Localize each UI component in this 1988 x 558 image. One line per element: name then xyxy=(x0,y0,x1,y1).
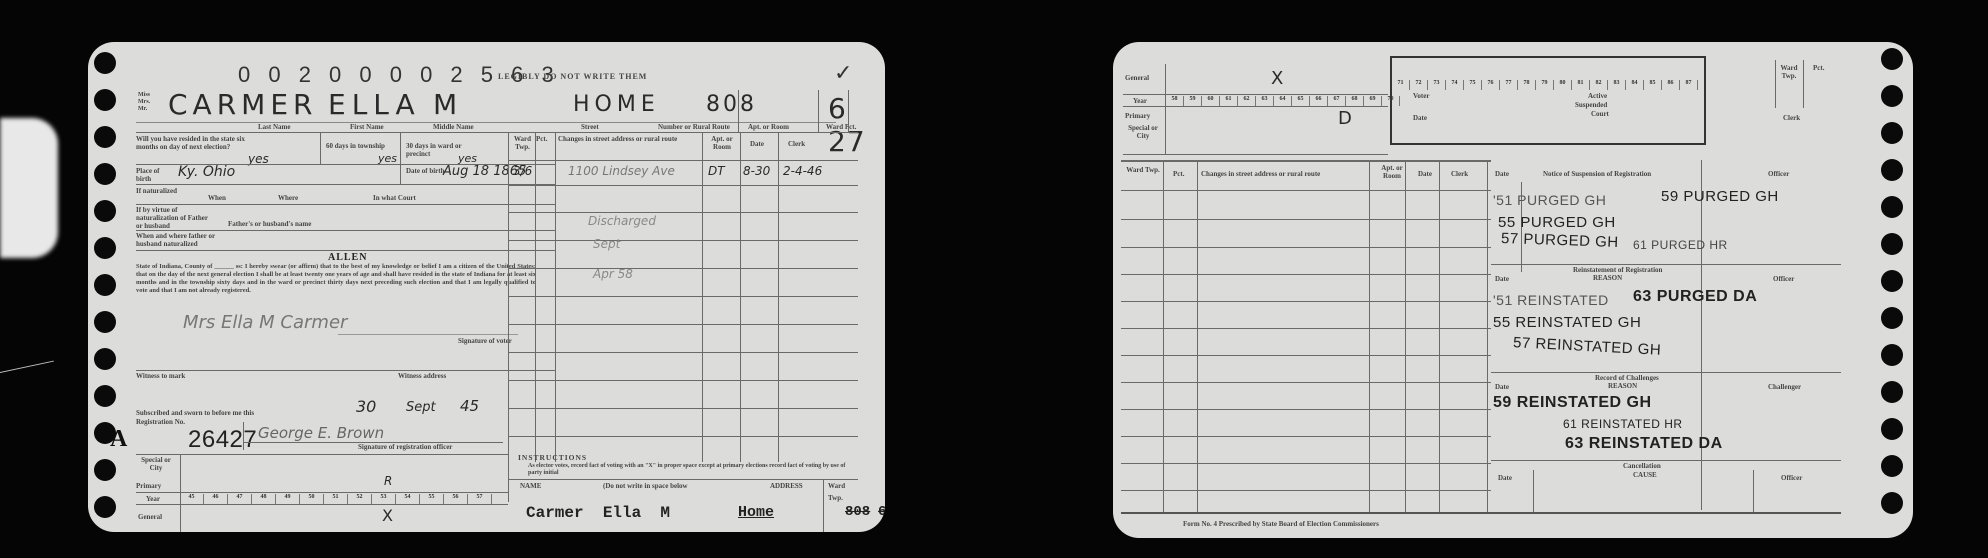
punch-hole xyxy=(94,385,116,407)
punch-hole xyxy=(94,274,116,296)
year-row: 45464748495051525354555657 xyxy=(180,494,492,504)
change-row1-date: 8-30 xyxy=(743,164,770,178)
footer-no-write-label: (Do not write in space below xyxy=(603,482,688,490)
oath-text: State of Indiana, County of ______ ss: I… xyxy=(136,263,536,295)
change-header-address: Changes in street address or rural route xyxy=(558,135,698,143)
registration-number: 26427 xyxy=(188,426,257,454)
footer-address-label: ADDRESS xyxy=(770,482,803,490)
film-artifact xyxy=(0,118,58,258)
change-note-1: Discharged xyxy=(588,214,656,228)
right-label-court: Court xyxy=(1591,110,1609,118)
challenge-stamp-1963: 63 REINSTATED DA xyxy=(1565,435,1723,453)
back-grid-label-general: General xyxy=(1125,74,1149,82)
label-middle-name: Middle Name xyxy=(433,123,474,131)
change-header-clerk: Clerk xyxy=(788,140,805,148)
punch-hole xyxy=(94,496,116,518)
footer-street-value: Home xyxy=(738,504,774,521)
reinstatement-officer-label: Officer xyxy=(1773,275,1794,283)
place-of-birth-value: Ky. Ohio xyxy=(178,164,328,180)
punch-hole xyxy=(94,52,116,74)
street-number-value: 808 xyxy=(706,92,757,117)
back-general-vote-mark: X xyxy=(1271,68,1283,89)
right-label-voter: Voter xyxy=(1413,92,1429,100)
last-name-value: CARMER xyxy=(168,88,317,121)
first-name-value: ELLA xyxy=(328,88,421,121)
reinstatement-stamp-1963-purged: 63 PURGED DA xyxy=(1633,288,1757,306)
naturalized-court-label: In what Court xyxy=(373,194,416,202)
ward-box-ward: Ward Twp. xyxy=(1778,64,1800,80)
title-prefix: MissMrs.Mr. xyxy=(138,92,150,113)
label-street: Street xyxy=(581,123,599,131)
change-header-date: Date xyxy=(750,140,764,148)
registration-card-front: 0 0 2 0 0 0 0 2 5 6 3 LEGIBLY DO NOT WRI… xyxy=(88,42,885,532)
punch-hole xyxy=(94,311,116,333)
punch-hole xyxy=(1881,122,1903,144)
subscribed-text: Subscribed and sworn to before me this xyxy=(136,409,254,417)
street-value: HOME xyxy=(573,92,660,117)
date-of-birth-label: Date of birth xyxy=(406,167,446,175)
reinstatement-title: Reinstatement of Registration xyxy=(1573,266,1662,274)
back-grid-label-primary: Primary xyxy=(1125,112,1150,120)
naturalized-label: If naturalized xyxy=(136,187,181,195)
right-label-active: Active xyxy=(1588,92,1607,100)
footer-twp-label: Twp. xyxy=(828,494,843,502)
punch-hole xyxy=(1881,492,1903,514)
punch-hole xyxy=(1881,196,1903,218)
footer-name-label: NAME xyxy=(520,482,541,490)
change-row1-address: 1100 Lindsey Ave xyxy=(568,164,675,178)
registration-no-label: Registration No. xyxy=(136,418,185,426)
residency-township-question: 60 days in township xyxy=(326,142,396,150)
grid-label-special: Special or City xyxy=(136,456,176,472)
label-first-name: First Name xyxy=(350,123,384,131)
right-label-date: Date xyxy=(1413,114,1427,122)
challenges-title: Record of Challenges xyxy=(1595,374,1659,382)
registration-letter: A xyxy=(110,426,127,453)
middle-name-value: M xyxy=(433,88,457,121)
punch-hole xyxy=(1881,159,1903,181)
reinstatement-stamp-1955: 55 REINSTATED GH xyxy=(1493,314,1641,331)
back-grid-label-special: Special or City xyxy=(1125,124,1161,140)
checkmark: ✓ xyxy=(834,60,852,86)
footer-ward-label: Ward xyxy=(828,482,845,490)
form-footer: Form No. 4 Prescribed by State Board of … xyxy=(1183,520,1379,528)
punch-hole xyxy=(94,200,116,222)
father-naturalization-label: If by virtue of naturalization of Father… xyxy=(136,206,216,230)
primary-vote-mark: R xyxy=(384,474,392,488)
punch-hole xyxy=(1881,418,1903,440)
header-instruction: LEGIBLY DO NOT WRITE THEM xyxy=(498,73,647,81)
residency-state-question: Will you have resided in the state six m… xyxy=(136,135,246,151)
grid-label-year: Year xyxy=(146,495,160,503)
instructions-title: INSTRUCTIONS xyxy=(518,454,587,462)
reinstatement-reason-label: REASON xyxy=(1593,274,1622,282)
cancellation-cause-label: CAUSE xyxy=(1633,471,1657,479)
back-change-header-date: Date xyxy=(1418,170,1432,178)
registration-card-back: General Year Primary Special or City 585… xyxy=(1113,42,1913,538)
change-note-3: Apr 58 xyxy=(593,267,633,281)
change-row1-clerk: 2-4-46 xyxy=(783,164,822,178)
reinstatement-stamp-1957: 57 REINSTATED GH xyxy=(1513,334,1662,359)
change-header-pct: Pct. xyxy=(536,135,547,143)
punch-hole xyxy=(1881,307,1903,329)
suspension-title: Notice of Suspension of Registration xyxy=(1543,170,1651,178)
footer-name-value: Carmer Ella M xyxy=(526,504,670,522)
change-note-2: Sept xyxy=(593,237,620,251)
punch-hole xyxy=(1881,344,1903,366)
back-change-header-apt: Apt. or Room xyxy=(1375,164,1409,180)
naturalized-where-label: Where xyxy=(278,194,298,202)
witness-address-label: Witness address xyxy=(398,372,446,380)
label-apt: Apt. or Room xyxy=(748,123,789,131)
punch-hole xyxy=(94,459,116,481)
suspension-stamp-1951: '51 PURGED GH xyxy=(1493,192,1606,208)
footer-ward-value: 6 xyxy=(878,504,885,520)
officer-signature: George E. Brown xyxy=(258,424,384,442)
change-header-ward: Ward Twp. xyxy=(510,135,535,151)
father-name-label: Father's or husband's name xyxy=(228,220,311,228)
cancellation-title: Cancellation xyxy=(1623,462,1661,470)
suspension-stamp-1957: 57 PURGED GH xyxy=(1501,230,1619,251)
instructions-text: As elector votes, record fact of voting … xyxy=(528,463,858,477)
back-primary-vote-mark: D xyxy=(1338,108,1352,129)
county-name: ALLEN xyxy=(328,252,367,263)
officer-signature-label: Signature of registration officer xyxy=(358,443,452,451)
change-row1-apt: DT xyxy=(708,164,725,178)
subscribed-month: Sept xyxy=(406,400,436,415)
back-grid-label-year: Year xyxy=(1133,97,1147,105)
punch-hole xyxy=(94,126,116,148)
suspension-stamp-1955: 55 PURGED GH xyxy=(1498,214,1616,231)
punch-hole xyxy=(1881,270,1903,292)
back-change-header-clerk: Clerk xyxy=(1451,170,1468,178)
challenge-stamp-1961: 61 REINSTATED HR xyxy=(1563,417,1683,431)
change-row1-ward: 3/6 xyxy=(513,164,532,178)
grid-label-primary: Primary xyxy=(136,482,161,490)
challenges-date-label: Date xyxy=(1495,383,1509,391)
punch-hole xyxy=(1881,85,1903,107)
reinstatement-stamp-1951: '51 REINSTATED xyxy=(1493,292,1609,308)
punch-hole xyxy=(94,237,116,259)
subscribed-year: 45 xyxy=(460,397,479,415)
punch-hole xyxy=(1881,381,1903,403)
challenges-challenger-label: Challenger xyxy=(1768,383,1801,391)
right-label-suspended: Suspended xyxy=(1575,101,1607,109)
suspension-stamp-1959: 59 PURGED GH xyxy=(1661,188,1779,205)
voter-signature: Mrs Ella M Carmer xyxy=(183,312,347,333)
film-scratch xyxy=(0,361,54,373)
place-of-birth-label: Place of birth xyxy=(136,167,176,183)
punch-hole xyxy=(94,163,116,185)
change-header-apt: Apt. or Room xyxy=(705,135,739,151)
punch-hole xyxy=(1881,233,1903,255)
label-number: Number or Rural Route xyxy=(658,123,730,131)
back-year-row-right: 7172737475767778798081828384858687 xyxy=(1392,80,1698,90)
label-last-name: Last Name xyxy=(258,123,290,131)
footer-number-value: 808 xyxy=(845,504,870,520)
suspension-officer-label: Officer xyxy=(1768,170,1789,178)
when-where-father-label: When and where father or husband natural… xyxy=(136,232,226,248)
ward-box-pct: Pct. xyxy=(1813,64,1824,72)
signature-voter-label: Signature of voter xyxy=(458,337,512,345)
label-ward-pct: Ward Pct. xyxy=(826,123,856,131)
punch-hole xyxy=(94,348,116,370)
back-change-header-address: Changes in street address or rural route xyxy=(1201,170,1371,178)
punch-hole xyxy=(1881,455,1903,477)
challenges-reason-label: REASON xyxy=(1608,382,1637,390)
back-change-header-ward: Ward Twp. xyxy=(1123,166,1163,174)
ward-box-clerk: Clerk xyxy=(1783,114,1800,122)
general-vote-mark: X xyxy=(382,506,393,525)
grid-label-general: General xyxy=(138,513,162,521)
back-year-row-left: 58596061626364656667686970 xyxy=(1166,96,1400,106)
cancellation-officer-label: Officer xyxy=(1781,474,1802,482)
back-year-grid-right xyxy=(1390,56,1706,145)
punch-hole xyxy=(1881,48,1903,70)
reinstatement-date-label: Date xyxy=(1495,275,1509,283)
back-change-header-pct: Pct. xyxy=(1173,170,1184,178)
suspension-date-label: Date xyxy=(1495,170,1509,178)
suspension-stamp-1961: 61 PURGED HR xyxy=(1633,238,1728,252)
cancellation-date-label: Date xyxy=(1498,474,1512,482)
subscribed-day: 30 xyxy=(356,397,376,416)
naturalized-when-label: When xyxy=(208,194,226,202)
punch-hole xyxy=(94,89,116,111)
witness-label: Witness to mark xyxy=(136,372,185,380)
challenge-stamp-1959: 59 REINSTATED GH xyxy=(1493,394,1652,412)
